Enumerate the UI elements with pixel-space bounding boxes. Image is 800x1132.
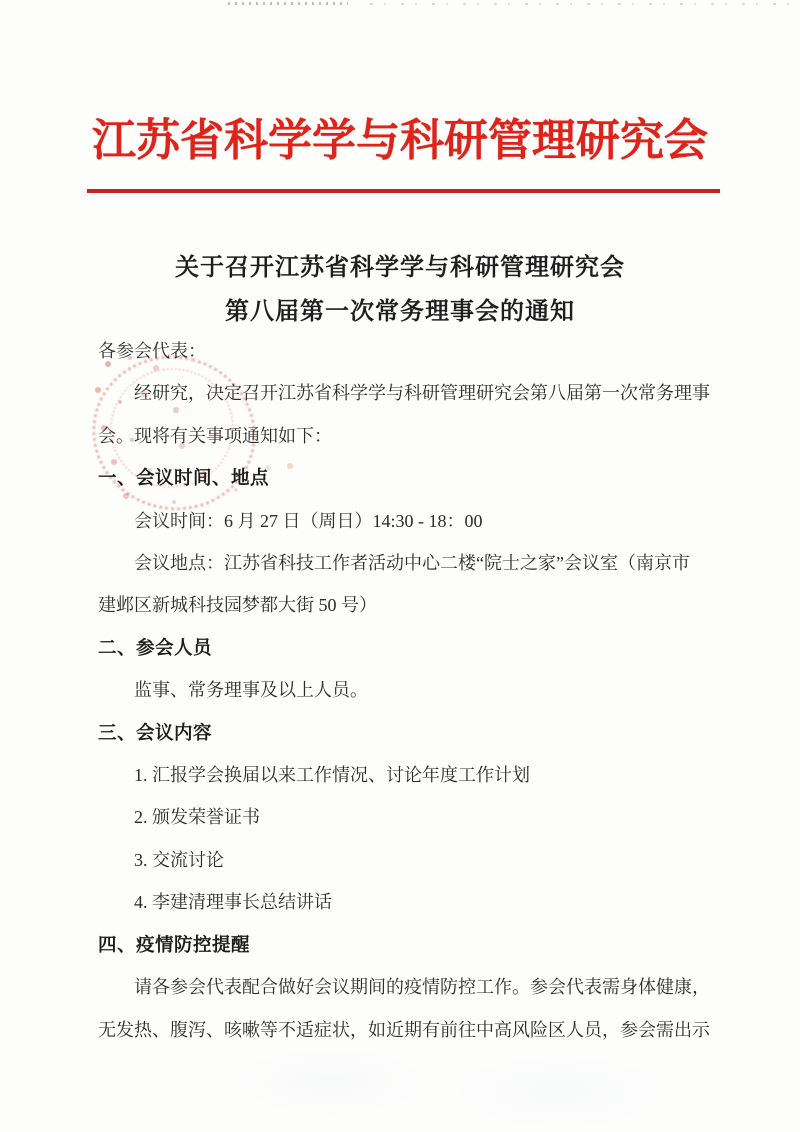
scanned-notice-page: 江苏省科学学与科研管理研究会 关于召开江苏省科学学与科研管理研究会 第八届第一次…: [0, 0, 800, 1132]
section-heading-agenda: 三、会议内容: [98, 712, 720, 754]
meeting-place-line1: 会议地点：江苏省科技工作者活动中心二楼“院士之家”会议室（南京市: [98, 542, 720, 584]
seal-speckles: [84, 348, 88, 352]
notice-body: 各参会代表： 经研究，决定召开江苏省科学学与科研管理研究会第八届第一次常务理事 …: [98, 330, 720, 1051]
attendees-body: 监事、常务理事及以上人员。: [98, 669, 720, 711]
covid-paragraph-line2: 无发热、腹泻、咳嗽等不适症状，如近期有前往中高风险区人员，参会需出示: [98, 1009, 720, 1051]
scan-noise-top-left: [228, 2, 348, 5]
letterhead-rule: [87, 189, 720, 193]
section-heading-covid: 四、疫情防控提醒: [98, 924, 720, 966]
covid-paragraph-line1: 请各参会代表配合做好会议期间的疫情防控工作。参会代表需身体健康，: [98, 966, 720, 1008]
intro-paragraph-line1: 经研究，决定召开江苏省科学学与科研管理研究会第八届第一次常务理事: [98, 372, 720, 414]
document-title-line1: 关于召开江苏省科学学与科研管理研究会: [0, 246, 800, 290]
meeting-place-line2: 建邺区新城科技园梦都大街 50 号）: [98, 584, 720, 626]
letterhead-org-name: 江苏省科学学与科研管理研究会: [0, 108, 800, 174]
meeting-time-line: 会议时间：6 月 27 日（周日）14:30 - 18：00: [98, 500, 720, 542]
section-heading-attendees: 二、参会人员: [98, 627, 720, 669]
scan-noise-top-right: [370, 3, 790, 5]
agenda-item-4: 4. 李建清理事长总结讲话: [98, 881, 720, 923]
agenda-item-2: 2. 颁发荣誉证书: [98, 796, 720, 838]
document-title-line2: 第八届第一次常务理事会的通知: [0, 290, 800, 334]
agenda-item-3: 3. 交流讨论: [98, 839, 720, 881]
intro-paragraph-line2: 会。现将有关事项通知如下：: [98, 415, 720, 457]
agenda-item-1: 1. 汇报学会换届以来工作情况、讨论年度工作计划: [98, 754, 720, 796]
section-heading-time-place: 一、会议时间、地点: [98, 457, 720, 499]
document-title: 关于召开江苏省科学学与科研管理研究会 第八届第一次常务理事会的通知: [0, 246, 800, 334]
salutation: 各参会代表：: [98, 330, 720, 372]
